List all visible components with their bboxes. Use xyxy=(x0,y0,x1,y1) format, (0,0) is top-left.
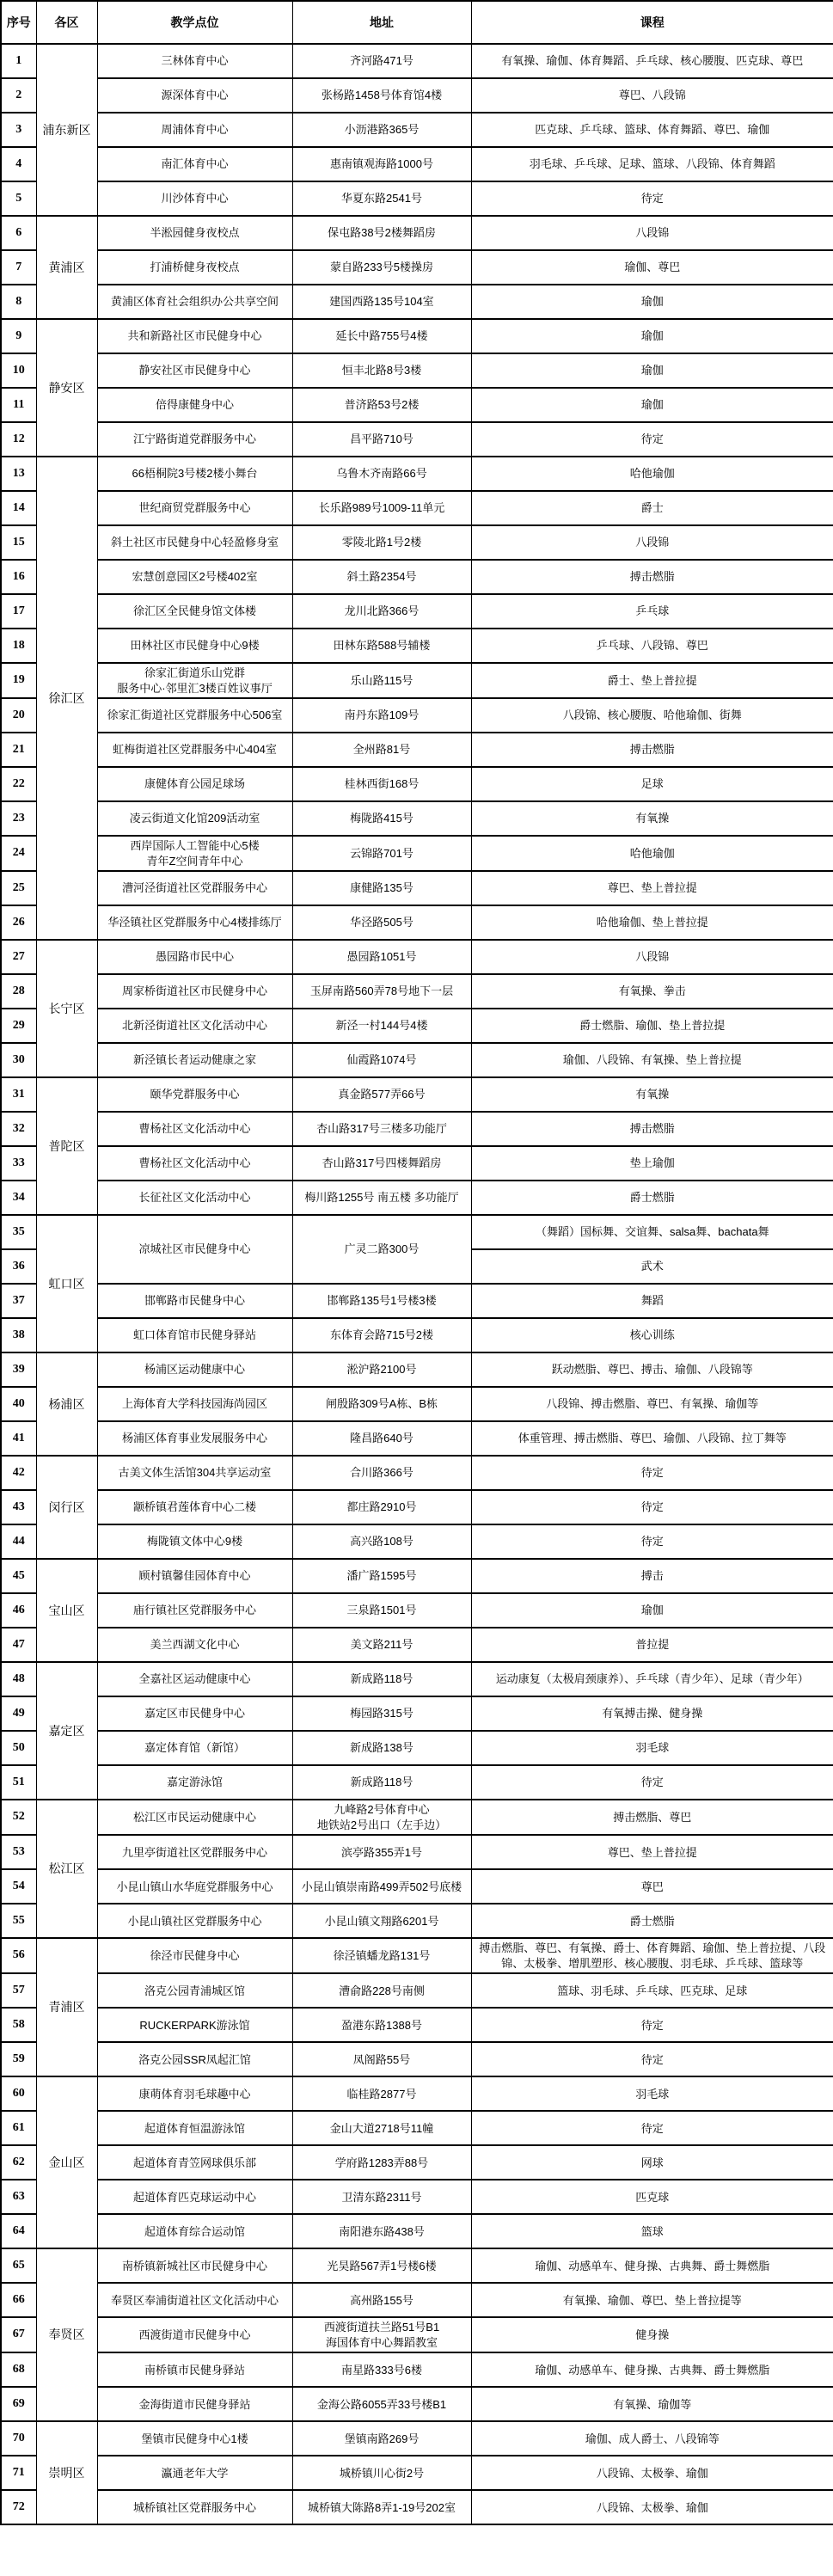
cell-address: 凤阁路55号 xyxy=(292,2042,471,2076)
cell-no: 13 xyxy=(1,457,36,491)
table-row: 15斜土社区市民健身中心轻盈修身室零陵北路1号2楼八段锦 xyxy=(1,525,833,560)
cell-no: 3 xyxy=(1,113,36,147)
cell-courses: 垫上瑜伽 xyxy=(471,1146,833,1181)
cell-location: 虹口体育馆市民健身驿站 xyxy=(97,1318,292,1352)
cell-no: 72 xyxy=(1,2490,36,2524)
cell-no: 26 xyxy=(1,905,36,940)
cell-address: 漕俞路228号南侧 xyxy=(292,1973,471,2008)
cell-no: 9 xyxy=(1,319,36,353)
table-row: 23凌云街道文化馆209活动室梅陇路415号有氧操 xyxy=(1,801,833,836)
cell-no: 23 xyxy=(1,801,36,836)
table-row: 61起道体育恒温游泳馆金山大道2718号11幢待定 xyxy=(1,2111,833,2145)
cell-address: 新成路118号 xyxy=(292,1662,471,1696)
cell-location: 小昆山镇社区党群服务中心 xyxy=(97,1904,292,1938)
cell-district: 崇明区 xyxy=(36,2421,97,2524)
cell-no: 62 xyxy=(1,2145,36,2180)
cell-district: 宝山区 xyxy=(36,1559,97,1662)
table-row: 51嘉定游泳馆新成路118号待定 xyxy=(1,1765,833,1800)
cell-courses: 乒乓球、八段锦、尊巴 xyxy=(471,629,833,663)
cell-address: 隆昌路640号 xyxy=(292,1421,471,1456)
cell-courses: 八段锦、核心腰腹、哈他瑜伽、街舞 xyxy=(471,698,833,733)
table-row: 37邯郸路市民健身中心邯郸路135号1号楼3楼舞蹈 xyxy=(1,1284,833,1318)
cell-location: 周浦体育中心 xyxy=(97,113,292,147)
cell-address: 淞沪路2100号 xyxy=(292,1352,471,1387)
cell-address: 高兴路108号 xyxy=(292,1524,471,1559)
cell-courses: 瑜伽、动感单车、健身操、古典舞、爵士舞燃脂 xyxy=(471,2352,833,2387)
table-row: 43颛桥镇君莲体育中心二楼都庄路2910号待定 xyxy=(1,1490,833,1524)
cell-address: 闸殷路309号A栋、B栋 xyxy=(292,1387,471,1421)
table-row: 53九里亭街道社区党群服务中心滨亭路355弄1号尊巴、垫上普拉提 xyxy=(1,1835,833,1869)
cell-location: 瀛通老年大学 xyxy=(97,2456,292,2490)
table-row: 29北新泾街道社区文化活动中心新泾一村144号4楼爵士燃脂、瑜伽、垫上普拉提 xyxy=(1,1009,833,1043)
cell-courses: 爵士 xyxy=(471,491,833,525)
cell-courses: 瑜伽、动感单车、健身操、古典舞、爵士舞燃脂 xyxy=(471,2248,833,2283)
cell-district: 金山区 xyxy=(36,2076,97,2248)
cell-courses: 尊巴、八段锦 xyxy=(471,78,833,113)
table-row: 34长征社区文化活动中心梅川路1255号 南五楼 多功能厅爵士燃脂 xyxy=(1,1181,833,1215)
cell-address: 保屯路38号2楼舞蹈房 xyxy=(292,216,471,250)
cell-address: 高州路155号 xyxy=(292,2283,471,2317)
table-row: 4南汇体育中心惠南镇观海路1000号羽毛球、乒乓球、足球、篮球、八段锦、体育舞蹈 xyxy=(1,147,833,181)
cell-address: 昌平路710号 xyxy=(292,422,471,457)
cell-courses: 待定 xyxy=(471,2008,833,2042)
table-row: 59洛克公园SSR凤起汇馆凤阁路55号待定 xyxy=(1,2042,833,2076)
table-row: 58RUCKERPARK游泳馆盈港东路1388号待定 xyxy=(1,2008,833,2042)
table-row: 67西渡街道市民健身中心西渡街道扶兰路51号B1 海国体育中心舞蹈教室健身操 xyxy=(1,2317,833,2352)
cell-district: 浦东新区 xyxy=(36,44,97,216)
table-row: 52松江区松江区市民运动健康中心九峰路2号体育中心 地铁站2号出口（左手边）搏击… xyxy=(1,1800,833,1835)
cell-location: 小昆山镇山水华庭党群服务中心 xyxy=(97,1869,292,1904)
table-row: 11倍得康健身中心普济路53号2楼瑜伽 xyxy=(1,388,833,422)
cell-location: 杨浦区体育事业发展服务中心 xyxy=(97,1421,292,1456)
cell-location: 西岸国际人工智能中心5楼 青年Z空间青年中心 xyxy=(97,836,292,871)
cell-no: 10 xyxy=(1,353,36,388)
cell-location: 漕河泾街道社区党群服务中心 xyxy=(97,871,292,905)
cell-location: 松江区市民运动健康中心 xyxy=(97,1800,292,1835)
cell-location: 九里亭街道社区党群服务中心 xyxy=(97,1835,292,1869)
table-row: 8黄浦区体育社会组织办公共享空间建国西路135号104室瑜伽 xyxy=(1,285,833,319)
cell-location: 堡镇市民健身中心1楼 xyxy=(97,2421,292,2456)
cell-address: 云锦路701号 xyxy=(292,836,471,871)
cell-courses: 爵士燃脂、瑜伽、垫上普拉提 xyxy=(471,1009,833,1043)
cell-no: 52 xyxy=(1,1800,36,1835)
cell-address: 普济路53号2楼 xyxy=(292,388,471,422)
cell-no: 22 xyxy=(1,767,36,801)
cell-courses: 八段锦、搏击燃脂、尊巴、有氧操、瑜伽等 xyxy=(471,1387,833,1421)
cell-courses: 瑜伽 xyxy=(471,319,833,353)
cell-district: 普陀区 xyxy=(36,1077,97,1215)
cell-location: 倍得康健身中心 xyxy=(97,388,292,422)
table-row: 69金海街道市民健身驿站金海公路6055弄33号楼B1有氧操、瑜伽等 xyxy=(1,2387,833,2421)
cell-location: 康健体育公园足球场 xyxy=(97,767,292,801)
cell-address: 全州路81号 xyxy=(292,733,471,767)
table-row: 18田林社区市民健身中心9楼田林东路588号辅楼乒乓球、八段锦、尊巴 xyxy=(1,629,833,663)
cell-courses: 八段锦、太极拳、瑜伽 xyxy=(471,2456,833,2490)
table-row: 17徐汇区全民健身馆文体楼龙川北路366号乒乓球 xyxy=(1,594,833,629)
cell-location: 杨浦区运动健康中心 xyxy=(97,1352,292,1387)
cell-address: 徐泾镇蟠龙路131号 xyxy=(292,1938,471,1973)
cell-no: 53 xyxy=(1,1835,36,1869)
cell-no: 15 xyxy=(1,525,36,560)
cell-courses: 待定 xyxy=(471,1524,833,1559)
cell-no: 57 xyxy=(1,1973,36,2008)
cell-courses: 舞蹈 xyxy=(471,1284,833,1318)
cell-courses: 哈他瑜伽、垫上普拉提 xyxy=(471,905,833,940)
cell-courses: 武术 xyxy=(471,1249,833,1284)
cell-no: 51 xyxy=(1,1765,36,1800)
table-row: 35虹口区凉城社区市民健身中心广灵二路300号（舞蹈）国标舞、交谊舞、salsa… xyxy=(1,1215,833,1249)
cell-courses: 匹克球 xyxy=(471,2180,833,2214)
cell-courses: 篮球 xyxy=(471,2214,833,2248)
cell-address: 学府路1283弄88号 xyxy=(292,2145,471,2180)
cell-no: 14 xyxy=(1,491,36,525)
cell-no: 64 xyxy=(1,2214,36,2248)
cell-no: 49 xyxy=(1,1696,36,1731)
cell-district: 闵行区 xyxy=(36,1456,97,1559)
table-row: 5川沙体育中心华夏东路2541号待定 xyxy=(1,181,833,216)
cell-no: 50 xyxy=(1,1731,36,1765)
cell-no: 67 xyxy=(1,2317,36,2352)
cell-no: 58 xyxy=(1,2008,36,2042)
table-row: 31普陀区颐华党群服务中心真金路577弄66号有氧操 xyxy=(1,1077,833,1112)
cell-courses: 八段锦 xyxy=(471,525,833,560)
cell-no: 19 xyxy=(1,663,36,698)
cell-address: 堡镇南路269号 xyxy=(292,2421,471,2456)
cell-address: 邯郸路135号1号楼3楼 xyxy=(292,1284,471,1318)
cell-courses: 八段锦 xyxy=(471,940,833,974)
cell-courses: 有氧操、拳击 xyxy=(471,974,833,1009)
cell-address: 金山大道2718号11幢 xyxy=(292,2111,471,2145)
cell-courses: 有氧操、瑜伽、尊巴、垫上普拉提等 xyxy=(471,2283,833,2317)
cell-courses: 尊巴、垫上普拉提 xyxy=(471,871,833,905)
cell-address: 南阳港东路438号 xyxy=(292,2214,471,2248)
table-row: 27长宁区愚园路市民中心愚园路1051号八段锦 xyxy=(1,940,833,974)
cell-district: 松江区 xyxy=(36,1800,97,1938)
header-courses: 课程 xyxy=(471,1,833,44)
table-row: 12江宁路街道党群服务中心昌平路710号待定 xyxy=(1,422,833,457)
cell-courses: 乒乓球 xyxy=(471,594,833,629)
cell-location: 黄浦区体育社会组织办公共享空间 xyxy=(97,285,292,319)
cell-address: 斜土路2354号 xyxy=(292,560,471,594)
cell-no: 37 xyxy=(1,1284,36,1318)
cell-address: 都庄路2910号 xyxy=(292,1490,471,1524)
table-row: 21虹梅街道社区党群服务中心404室全州路81号搏击燃脂 xyxy=(1,733,833,767)
cell-district: 杨浦区 xyxy=(36,1352,97,1456)
cell-location: 宏慧创意园区2号楼402室 xyxy=(97,560,292,594)
cell-no: 41 xyxy=(1,1421,36,1456)
cell-courses: 待定 xyxy=(471,2042,833,2076)
cell-courses: 待定 xyxy=(471,1490,833,1524)
cell-no: 38 xyxy=(1,1318,36,1352)
cell-no: 61 xyxy=(1,2111,36,2145)
table-row: 32曹杨社区文化活动中心杏山路317号三楼多功能厅搏击燃脂 xyxy=(1,1112,833,1146)
cell-no: 35 xyxy=(1,1215,36,1249)
cell-location: 庙行镇社区党群服务中心 xyxy=(97,1593,292,1628)
cell-address: 潘广路1595号 xyxy=(292,1559,471,1593)
cell-no: 46 xyxy=(1,1593,36,1628)
cell-courses: （舞蹈）国标舞、交谊舞、salsa舞、bachata舞 xyxy=(471,1215,833,1249)
table-row: 62起道体育青笠网球俱乐部学府路1283弄88号网球 xyxy=(1,2145,833,2180)
cell-location: 嘉定游泳馆 xyxy=(97,1765,292,1800)
cell-no: 47 xyxy=(1,1628,36,1662)
table-row: 54小昆山镇山水华庭党群服务中心小昆山镇崇南路499弄502号底楼尊巴 xyxy=(1,1869,833,1904)
cell-address: 小沥港路365号 xyxy=(292,113,471,147)
cell-no: 55 xyxy=(1,1904,36,1938)
cell-location: 曹杨社区文化活动中心 xyxy=(97,1112,292,1146)
cell-address: 建国西路135号104室 xyxy=(292,285,471,319)
cell-location: 田林社区市民健身中心9楼 xyxy=(97,629,292,663)
cell-address: 桂林西街168号 xyxy=(292,767,471,801)
cell-courses: 爵士燃脂 xyxy=(471,1904,833,1938)
table-row: 40上海体育大学科技园海尚园区闸殷路309号A栋、B栋八段锦、搏击燃脂、尊巴、有… xyxy=(1,1387,833,1421)
cell-location: 共和新路社区市民健身中心 xyxy=(97,319,292,353)
table-row: 30新泾镇长者运动健康之家仙霞路1074号瑜伽、八段锦、有氧操、垫上普拉提 xyxy=(1,1043,833,1077)
cell-no: 28 xyxy=(1,974,36,1009)
cell-no: 27 xyxy=(1,940,36,974)
cell-location: 虹梅街道社区党群服务中心404室 xyxy=(97,733,292,767)
cell-district: 静安区 xyxy=(36,319,97,457)
cell-district: 黄浦区 xyxy=(36,216,97,319)
cell-address: 合川路366号 xyxy=(292,1456,471,1490)
cell-district: 青浦区 xyxy=(36,1938,97,2076)
table-row: 49嘉定区市民健身中心梅园路315号有氧搏击操、健身操 xyxy=(1,1696,833,1731)
cell-no: 71 xyxy=(1,2456,36,2490)
cell-no: 33 xyxy=(1,1146,36,1181)
cell-address: 齐河路471号 xyxy=(292,44,471,78)
cell-courses: 待定 xyxy=(471,181,833,216)
table-row: 14世纪商贸党群服务中心长乐路989号1009-11单元爵士 xyxy=(1,491,833,525)
table-row: 13徐汇区66梧桐院3号楼2楼小舞台乌鲁木齐南路66号哈他瑜伽 xyxy=(1,457,833,491)
table-row: 26华泾镇社区党群服务中心4楼排练厅华泾路505号哈他瑜伽、垫上普拉提 xyxy=(1,905,833,940)
cell-address: 美文路211号 xyxy=(292,1628,471,1662)
cell-courses: 核心训练 xyxy=(471,1318,833,1352)
table-row: 42闵行区古美文体生活馆304共享运动室合川路366号待定 xyxy=(1,1456,833,1490)
cell-courses: 有氧操 xyxy=(471,1077,833,1112)
table-row: 46庙行镇社区党群服务中心三泉路1501号瑜伽 xyxy=(1,1593,833,1628)
header-row: 序号各区教学点位地址课程 xyxy=(1,1,833,44)
cell-address: 新成路138号 xyxy=(292,1731,471,1765)
cell-address: 新泾一村144号4楼 xyxy=(292,1009,471,1043)
cell-no: 56 xyxy=(1,1938,36,1973)
cell-district: 虹口区 xyxy=(36,1215,97,1352)
table-row: 50嘉定体育馆（新馆）新成路138号羽毛球 xyxy=(1,1731,833,1765)
cell-no: 59 xyxy=(1,2042,36,2076)
cell-location: 徐泾市民健身中心 xyxy=(97,1938,292,1973)
cell-no: 69 xyxy=(1,2387,36,2421)
cell-no: 6 xyxy=(1,216,36,250)
cell-location: 斜土社区市民健身中心轻盈修身室 xyxy=(97,525,292,560)
cell-no: 4 xyxy=(1,147,36,181)
cell-location: 凉城社区市民健身中心 xyxy=(97,1215,292,1284)
table-row: 56青浦区徐泾市民健身中心徐泾镇蟠龙路131号搏击燃脂、尊巴、有氧操、爵士、体育… xyxy=(1,1938,833,1973)
cell-courses: 有氧操 xyxy=(471,801,833,836)
cell-no: 11 xyxy=(1,388,36,422)
table-row: 65奉贤区南桥镇新城社区市民健身中心光昊路567弄1号楼6楼瑜伽、动感单车、健身… xyxy=(1,2248,833,2283)
cell-district: 奉贤区 xyxy=(36,2248,97,2421)
table-row: 6黄浦区半淞园健身夜校点保屯路38号2楼舞蹈房八段锦 xyxy=(1,216,833,250)
table-row: 24西岸国际人工智能中心5楼 青年Z空间青年中心云锦路701号哈他瑜伽 xyxy=(1,836,833,871)
cell-courses: 篮球、羽毛球、乒乓球、匹克球、足球 xyxy=(471,1973,833,2008)
cell-courses: 爵士燃脂 xyxy=(471,1181,833,1215)
cell-courses: 瑜伽 xyxy=(471,353,833,388)
cell-no: 54 xyxy=(1,1869,36,1904)
table-row: 70崇明区堡镇市民健身中心1楼堡镇南路269号瑜伽、成人爵士、八段锦等 xyxy=(1,2421,833,2456)
table-row: 19徐家汇街道乐山党群 服务中心·邻里汇3楼百姓议事厅乐山路115号爵士、垫上普… xyxy=(1,663,833,698)
cell-location: 顾村镇馨佳园体育中心 xyxy=(97,1559,292,1593)
cell-courses: 哈他瑜伽 xyxy=(471,836,833,871)
cell-address: 西渡街道扶兰路51号B1 海国体育中心舞蹈教室 xyxy=(292,2317,471,2352)
cell-address: 梅川路1255号 南五楼 多功能厅 xyxy=(292,1181,471,1215)
cell-district: 长宁区 xyxy=(36,940,97,1077)
cell-address: 卫清东路2311号 xyxy=(292,2180,471,2214)
cell-location: 世纪商贸党群服务中心 xyxy=(97,491,292,525)
cell-courses: 普拉提 xyxy=(471,1628,833,1662)
cell-courses: 搏击 xyxy=(471,1559,833,1593)
cell-location: 金海街道市民健身驿站 xyxy=(97,2387,292,2421)
cell-address: 金海公路6055弄33号楼B1 xyxy=(292,2387,471,2421)
course-table: 序号各区教学点位地址课程 1浦东新区三林体育中心齐河路471号有氧操、瑜伽、体育… xyxy=(0,0,833,2525)
cell-address: 延长中路755号4楼 xyxy=(292,319,471,353)
table-row: 7打浦桥健身夜校点蒙自路233号5楼操房瑜伽、尊巴 xyxy=(1,250,833,285)
cell-courses: 羽毛球 xyxy=(471,1731,833,1765)
cell-courses: 瑜伽 xyxy=(471,285,833,319)
cell-no: 42 xyxy=(1,1456,36,1490)
cell-location: 邯郸路市民健身中心 xyxy=(97,1284,292,1318)
cell-location: 南汇体育中心 xyxy=(97,147,292,181)
table-row: 20徐家汇街道社区党群服务中心506室南丹东路109号八段锦、核心腰腹、哈他瑜伽… xyxy=(1,698,833,733)
cell-courses: 体重管理、搏击燃脂、尊巴、瑜伽、八段锦、拉丁舞等 xyxy=(471,1421,833,1456)
cell-courses: 瑜伽 xyxy=(471,1593,833,1628)
cell-location: 洛克公园SSR凤起汇馆 xyxy=(97,2042,292,2076)
cell-address: 三泉路1501号 xyxy=(292,1593,471,1628)
cell-courses: 搏击燃脂、尊巴、有氧操、爵士、体育舞蹈、瑜伽、垫上普拉提、八段锦、太极拳、增肌塑… xyxy=(471,1938,833,1973)
cell-location: 南桥镇新城社区市民健身中心 xyxy=(97,2248,292,2283)
cell-no: 17 xyxy=(1,594,36,629)
cell-courses: 搏击燃脂、尊巴 xyxy=(471,1800,833,1835)
table-row: 41杨浦区体育事业发展服务中心隆昌路640号体重管理、搏击燃脂、尊巴、瑜伽、八段… xyxy=(1,1421,833,1456)
table-row: 38虹口体育馆市民健身驿站东体育会路715号2楼核心训练 xyxy=(1,1318,833,1352)
cell-no: 32 xyxy=(1,1112,36,1146)
cell-no: 63 xyxy=(1,2180,36,2214)
cell-courses: 八段锦 xyxy=(471,216,833,250)
table-row: 1浦东新区三林体育中心齐河路471号有氧操、瑜伽、体育舞蹈、乒乓球、核心腰腹、匹… xyxy=(1,44,833,78)
cell-address: 梅陇路415号 xyxy=(292,801,471,836)
header-location: 教学点位 xyxy=(97,1,292,44)
cell-location: 新泾镇长者运动健康之家 xyxy=(97,1043,292,1077)
cell-address: 城桥镇川心街2号 xyxy=(292,2456,471,2490)
cell-no: 68 xyxy=(1,2352,36,2387)
cell-no: 7 xyxy=(1,250,36,285)
cell-location: 梅陇镇文体中心9楼 xyxy=(97,1524,292,1559)
cell-location: 北新泾街道社区文化活动中心 xyxy=(97,1009,292,1043)
cell-courses: 有氧搏击操、健身操 xyxy=(471,1696,833,1731)
cell-address: 杏山路317号三楼多功能厅 xyxy=(292,1112,471,1146)
table-row: 71瀛通老年大学城桥镇川心街2号八段锦、太极拳、瑜伽 xyxy=(1,2456,833,2490)
cell-address: 九峰路2号体育中心 地铁站2号出口（左手边） xyxy=(292,1800,471,1835)
cell-address: 华夏东路2541号 xyxy=(292,181,471,216)
cell-address: 华泾路505号 xyxy=(292,905,471,940)
table-row: 72城桥镇社区党群服务中心城桥镇大陈路8弄1-19号202室八段锦、太极拳、瑜伽 xyxy=(1,2490,833,2524)
cell-address: 乌鲁木齐南路66号 xyxy=(292,457,471,491)
cell-courses: 尊巴、垫上普拉提 xyxy=(471,1835,833,1869)
cell-no: 65 xyxy=(1,2248,36,2283)
table-row: 25漕河泾街道社区党群服务中心康健路135号尊巴、垫上普拉提 xyxy=(1,871,833,905)
cell-courses: 瑜伽 xyxy=(471,388,833,422)
cell-location: 洛克公园青浦城区馆 xyxy=(97,1973,292,2008)
cell-courses: 瑜伽、尊巴 xyxy=(471,250,833,285)
cell-no: 31 xyxy=(1,1077,36,1112)
cell-address: 长乐路989号1009-11单元 xyxy=(292,491,471,525)
cell-location: 古美文体生活馆304共享运动室 xyxy=(97,1456,292,1490)
table-row: 66奉贤区奉浦街道社区文化活动中心高州路155号有氧操、瑜伽、尊巴、垫上普拉提等 xyxy=(1,2283,833,2317)
table-row: 28周家桥街道社区市民健身中心玉屏南路560弄78号地下一层有氧操、拳击 xyxy=(1,974,833,1009)
cell-address: 恒丰北路8号3楼 xyxy=(292,353,471,388)
cell-no: 48 xyxy=(1,1662,36,1696)
cell-address: 梅园路315号 xyxy=(292,1696,471,1731)
cell-location: 打浦桥健身夜校点 xyxy=(97,250,292,285)
cell-address: 乐山路115号 xyxy=(292,663,471,698)
cell-address: 仙霞路1074号 xyxy=(292,1043,471,1077)
cell-location: 半淞园健身夜校点 xyxy=(97,216,292,250)
cell-courses: 待定 xyxy=(471,2111,833,2145)
cell-courses: 网球 xyxy=(471,2145,833,2180)
cell-location: 静安社区市民健身中心 xyxy=(97,353,292,388)
cell-location: 徐家汇街道社区党群服务中心506室 xyxy=(97,698,292,733)
table-row: 33曹杨社区文化活动中心杏山路317号四楼舞蹈房垫上瑜伽 xyxy=(1,1146,833,1181)
cell-courses: 跃动燃脂、尊巴、搏击、瑜伽、八段锦等 xyxy=(471,1352,833,1387)
cell-courses: 搏击燃脂 xyxy=(471,1112,833,1146)
cell-address: 康健路135号 xyxy=(292,871,471,905)
cell-no: 60 xyxy=(1,2076,36,2111)
cell-address: 光昊路567弄1号楼6楼 xyxy=(292,2248,471,2283)
table-row: 3周浦体育中心小沥港路365号匹克球、乒乓球、篮球、体育舞蹈、尊巴、瑜伽 xyxy=(1,113,833,147)
cell-courses: 羽毛球、乒乓球、足球、篮球、八段锦、体育舞蹈 xyxy=(471,147,833,181)
table-row: 60金山区康萌体育羽毛球趣中心临桂路2877号羽毛球 xyxy=(1,2076,833,2111)
cell-courses: 运动康复（太极肩颈康养）、乒乓球（青少年）、足球（青少年） xyxy=(471,1662,833,1696)
cell-courses: 有氧操、瑜伽等 xyxy=(471,2387,833,2421)
cell-courses: 待定 xyxy=(471,422,833,457)
cell-address: 小昆山镇崇南路499弄502号底楼 xyxy=(292,1869,471,1904)
cell-courses: 尊巴 xyxy=(471,1869,833,1904)
cell-no: 39 xyxy=(1,1352,36,1387)
cell-courses: 待定 xyxy=(471,1456,833,1490)
cell-no: 8 xyxy=(1,285,36,319)
cell-courses: 瑜伽、成人爵士、八段锦等 xyxy=(471,2421,833,2456)
cell-address: 蒙自路233号5楼操房 xyxy=(292,250,471,285)
cell-location: 起道体育恒温游泳馆 xyxy=(97,2111,292,2145)
cell-address: 田林东路588号辅楼 xyxy=(292,629,471,663)
cell-location: 南桥镇市民健身驿站 xyxy=(97,2352,292,2387)
cell-courses: 瑜伽、八段锦、有氧操、垫上普拉提 xyxy=(471,1043,833,1077)
cell-location: 曹杨社区文化活动中心 xyxy=(97,1146,292,1181)
cell-location: 嘉定体育馆（新馆） xyxy=(97,1731,292,1765)
table-row: 47美兰西湖文化中心美文路211号普拉提 xyxy=(1,1628,833,1662)
cell-no: 70 xyxy=(1,2421,36,2456)
cell-no: 43 xyxy=(1,1490,36,1524)
cell-no: 16 xyxy=(1,560,36,594)
cell-location: 凌云街道文化馆209活动室 xyxy=(97,801,292,836)
cell-address: 盈港东路1388号 xyxy=(292,2008,471,2042)
cell-courses: 健身操 xyxy=(471,2317,833,2352)
table-row: 45宝山区顾村镇馨佳园体育中心潘广路1595号搏击 xyxy=(1,1559,833,1593)
header-address: 地址 xyxy=(292,1,471,44)
cell-location: 愚园路市民中心 xyxy=(97,940,292,974)
cell-location: 徐汇区全民健身馆文体楼 xyxy=(97,594,292,629)
cell-location: 美兰西湖文化中心 xyxy=(97,1628,292,1662)
cell-no: 21 xyxy=(1,733,36,767)
cell-no: 24 xyxy=(1,836,36,871)
cell-district: 徐汇区 xyxy=(36,457,97,940)
